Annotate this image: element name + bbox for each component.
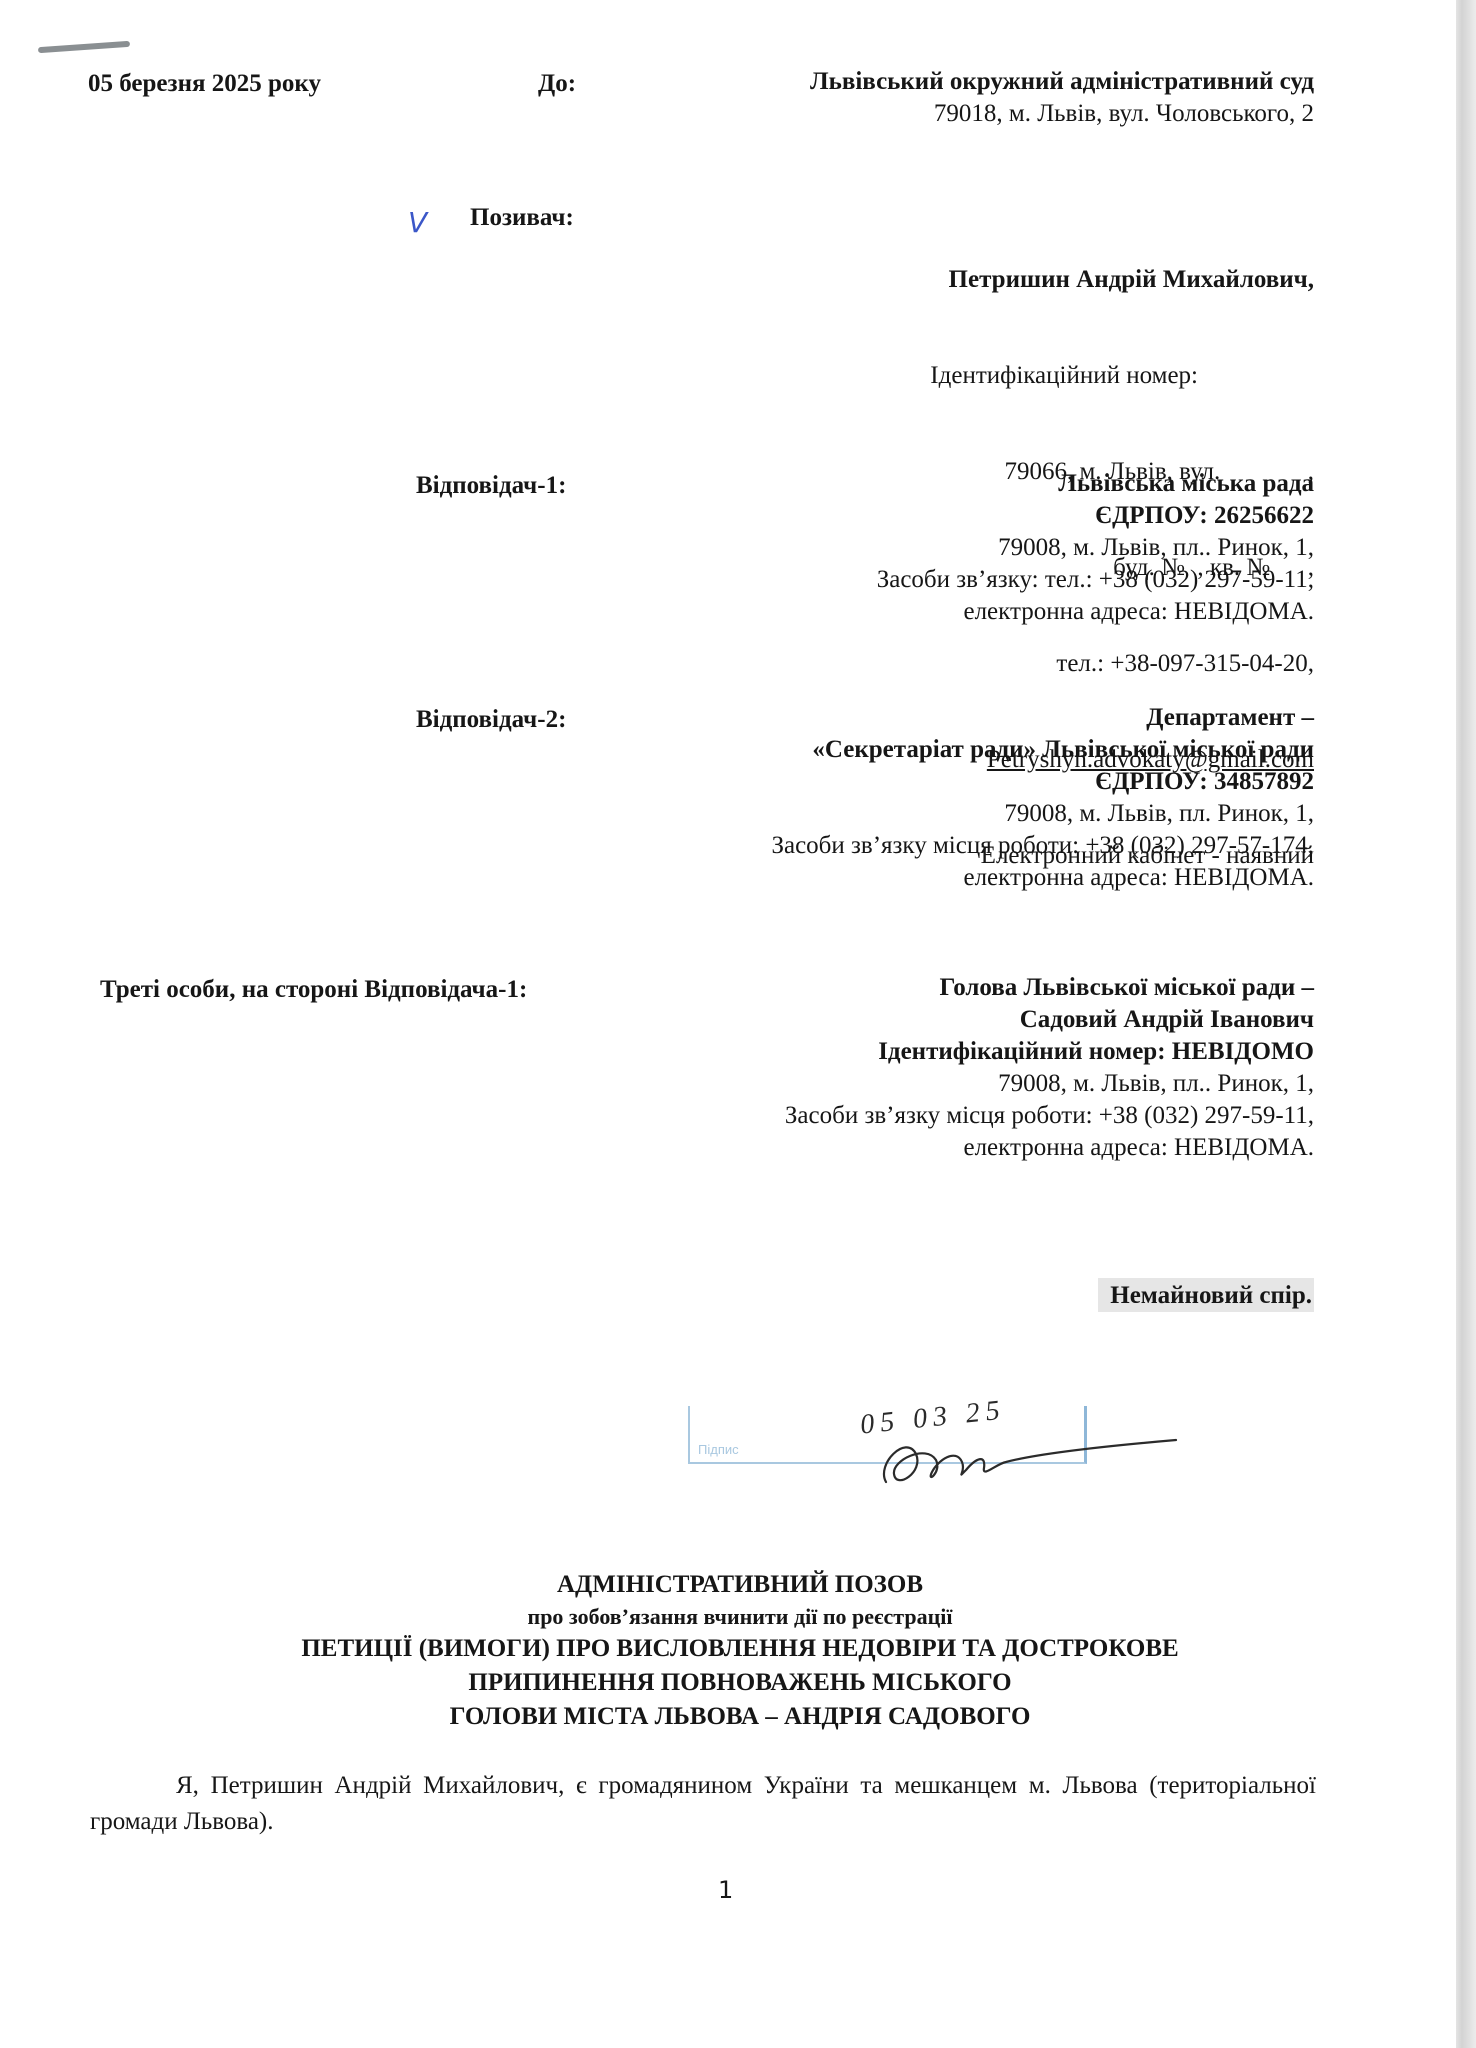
defendant2-edrpou: ЄДРПОУ: 34857892 (771, 766, 1314, 798)
page-number: 1 (718, 1876, 733, 1904)
third-party-name-line1: Голова Львівської міської ради – (785, 972, 1314, 1004)
defendant1-address: 79008, м. Львів, пл.. Ринок, 1, (877, 532, 1314, 564)
document-date: 05 березня 2025 року (88, 70, 321, 98)
stamp-label: Підпис (698, 1442, 739, 1457)
to-label: До: (538, 70, 576, 98)
pen-mark (38, 41, 130, 53)
plaintiff-label: Позивач: (470, 204, 574, 232)
check-mark-icon: V (408, 206, 427, 239)
court-name: Львівський окружний адміністративний суд (810, 66, 1314, 98)
plaintiff-name: Петришин Андрій Михайлович, (930, 264, 1314, 296)
defendant2-email: електронна адреса: НЕВІДОМА. (771, 862, 1314, 894)
third-party-id: Ідентифікаційний номер: НЕВІДОМО (785, 1036, 1314, 1068)
signature-icon (866, 1424, 1186, 1494)
title-line-3: ГОЛОВИ МІСТА ЛЬВОВА – АНДРІЯ САДОВОГО (150, 1700, 1330, 1734)
third-party-contact: Засоби зв’язку місця роботи: +38 (032) 2… (785, 1100, 1314, 1132)
defendant2-name-line1: Департамент – (771, 702, 1314, 734)
document-title: АДМІНІСТРАТИВНИЙ ПОЗОВ про зобов’язання … (150, 1568, 1330, 1734)
defendant2-block: Департамент – «Секретаріат ради» Львівсь… (771, 702, 1314, 894)
court-block: Львівський окружний адміністративний суд… (810, 66, 1314, 130)
title-main: АДМІНІСТРАТИВНИЙ ПОЗОВ (150, 1568, 1330, 1602)
defendant2-address: 79008, м. Львів, пл. Ринок, 1, (771, 798, 1314, 830)
third-party-address: 79008, м. Львів, пл.. Ринок, 1, (785, 1068, 1314, 1100)
plaintiff-id: Ідентифікаційний номер: (930, 360, 1198, 392)
court-address: 79018, м. Львів, вул. Чоловського, 2 (810, 98, 1314, 130)
defendant1-edrpou: ЄДРПОУ: 26256622 (877, 500, 1314, 532)
defendant2-name-line2: «Секретаріат ради» Львівської міської ра… (771, 734, 1314, 766)
dispute-type: Немайновий спір. (1098, 1278, 1314, 1312)
third-party-label: Треті особи, на стороні Відповідача-1: (100, 976, 527, 1004)
title-line-2: ПРИПИНЕННЯ ПОВНОВАЖЕНЬ МІСЬКОГО (150, 1666, 1330, 1700)
defendant1-contact: Засоби зв’язку: тел.: +38 (032) 297-59-1… (877, 564, 1314, 596)
third-party-email: електронна адреса: НЕВІДОМА. (785, 1132, 1314, 1164)
receipt-stamp: Підпис 05 03 25 (688, 1360, 1084, 1478)
title-line-1: ПЕТИЦІЇ (ВИМОГИ) ПРО ВИСЛОВЛЕННЯ НЕДОВІР… (150, 1632, 1330, 1666)
third-party-block: Голова Львівської міської ради – Садовий… (785, 972, 1314, 1164)
defendant1-block: Львівська міська рада ЄДРПОУ: 26256622 7… (877, 468, 1314, 628)
defendant1-email: електронна адреса: НЕВІДОМА. (877, 596, 1314, 628)
body-paragraph: Я, Петришин Андрій Михайлович, є громадя… (90, 1768, 1316, 1840)
defendant2-label: Відповідач-2: (416, 706, 566, 734)
plaintiff-phone: тел.: +38-097-315-04-20, (930, 648, 1314, 680)
scan-page-edge (1456, 0, 1476, 2048)
title-subtitle: про зобов’язання вчинити дії по реєстрац… (150, 1602, 1330, 1632)
defendant1-name: Львівська міська рада (877, 468, 1314, 500)
third-party-name-line2: Садовий Андрій Іванович (785, 1004, 1314, 1036)
defendant1-label: Відповідач-1: (416, 472, 566, 500)
defendant2-contact: Засоби зв’язку місця роботи: +38 (032) 2… (771, 830, 1314, 862)
